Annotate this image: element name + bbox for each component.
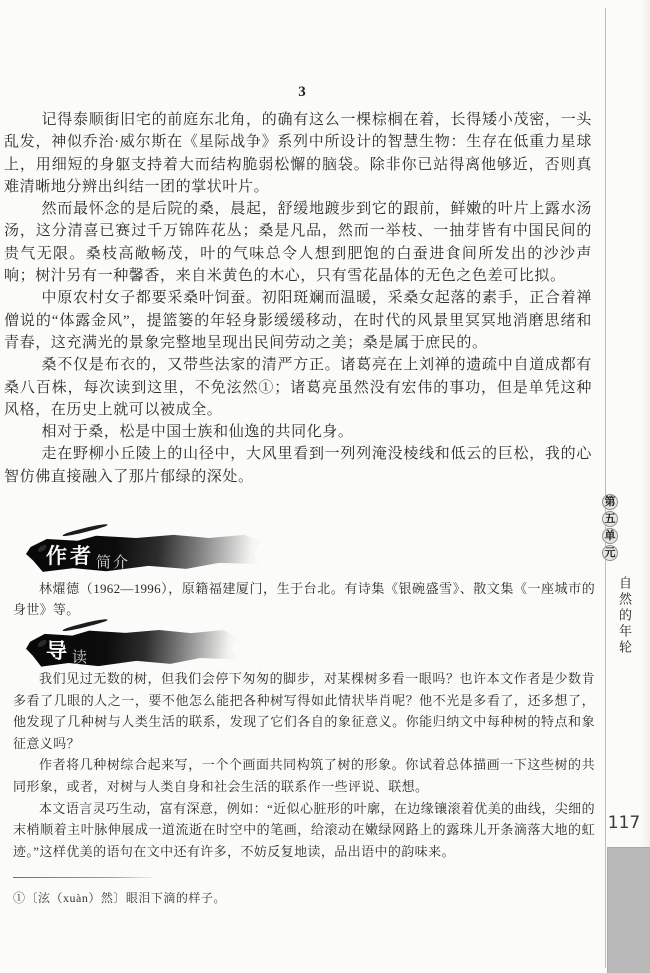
header-text-small: 简介 xyxy=(96,555,130,571)
page-edge-tab xyxy=(607,847,650,973)
footnote-divider xyxy=(13,877,153,878)
paragraph: 林燿德（1962—1996），原籍福建厦门，生于台北。有诗集《银碗盛雪》、散文集… xyxy=(13,578,595,620)
paragraph: 桑不仅是布衣的，又带些法家的清严方正。诸葛亮在上刘禅的遗疏中自道成都有桑八百株，… xyxy=(4,354,592,421)
paragraph: 然而最怀念的是后院的桑，晨起，舒缓地踱步到它的跟前，鲜嫩的叶片上露水汤汤，这分清… xyxy=(4,198,592,287)
paragraph: 相对于桑，松是中国士族和仙逸的共同化身。 xyxy=(4,421,592,443)
unit-badge: 元 xyxy=(602,545,618,561)
author-bio-text: 林燿德（1962—1996），原籍福建厦门，生于台北。有诗集《银碗盛雪》、散文集… xyxy=(13,578,595,620)
ink-splatter-icon xyxy=(62,522,108,537)
footnote-text: ①〔泫（xuàn）然〕眼泪下滴的样子。 xyxy=(13,889,433,906)
unit-badge: 单 xyxy=(602,528,618,544)
page-number-side: 117 xyxy=(602,813,646,833)
paragraph: 我们见过无数的树，但我们会停下匆匆的脚步，对某棵树多看一眼吗？也许本文作者是少数… xyxy=(13,668,595,754)
author-intro-header: 作者简介 xyxy=(26,528,261,578)
paragraph: 走在野柳小丘陵上的山径中，大风里看到一列列淹没棱线和低云的巨松，我的心智仿佛直接… xyxy=(4,443,592,488)
header-text-big: 导 xyxy=(46,639,70,663)
paragraph: 作者将几种树综合起来写，一个个画面共同构筑了树的形象。你试着总体描画一下这些树的… xyxy=(13,754,595,797)
unit-label-badges: 第 五 单 元 xyxy=(602,494,618,562)
paragraph: 中原农村女子都要采桑叶饲蚕。初阳斑斓而温暖，采桑女起落的素手，正合着禅僧说的“体… xyxy=(4,287,592,354)
lesson-body-text: 记得泰顺街旧宅的前庭东北角，的确有这么一棵棕榈在着，长得矮小茂密，一头乱发，神似… xyxy=(4,109,592,488)
textbook-page: 3 记得泰顺街旧宅的前庭东北角，的确有这么一棵棕榈在着，长得矮小茂密，一头乱发，… xyxy=(0,0,650,973)
reading-guide-header-label: 导读 xyxy=(46,635,89,665)
author-intro-header-label: 作者简介 xyxy=(46,540,130,570)
unit-title-vertical: 自然的年轮 xyxy=(615,576,634,656)
reading-guide-header: 导读 xyxy=(26,623,238,673)
paragraph: 记得泰顺街旧宅的前庭东北角，的确有这么一棵棕榈在着，长得矮小茂密，一头乱发，神似… xyxy=(4,109,592,198)
unit-badge: 第 xyxy=(602,494,618,510)
paragraph: 本文语言灵巧生动，富有深意，例如：“近似心脏形的叶廓，在边缘镶滚着优美的曲线，尖… xyxy=(13,798,595,863)
page-number-top: 3 xyxy=(0,84,604,101)
unit-badge: 五 xyxy=(602,511,618,527)
reading-guide-text: 我们见过无数的树，但我们会停下匆匆的脚步，对某棵树多看一眼吗？也许本文作者是少数… xyxy=(13,668,595,862)
header-text-small: 读 xyxy=(72,650,89,666)
header-text-big: 作者 xyxy=(46,544,94,568)
